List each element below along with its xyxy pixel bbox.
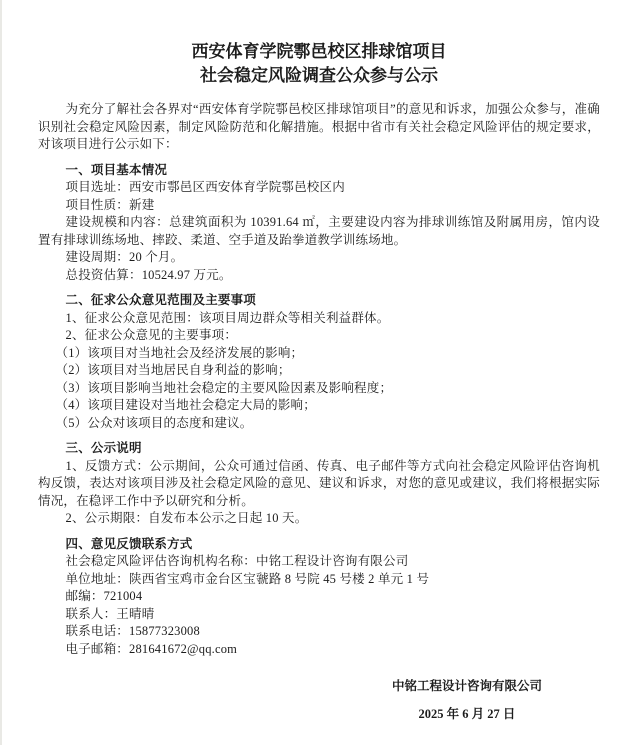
opinion-topic-item-2: （2）该项目对当地居民自身利益的影响； bbox=[38, 362, 600, 380]
opinion-scope-line: 1、征求公众意见范围：该项目周边群众等相关利益群体。 bbox=[38, 310, 600, 328]
signature-date: 2025 年 6 月 27 日 bbox=[392, 706, 542, 723]
public-notice-document: 西安体育学院鄠邑校区排球馆项目 社会稳定风险调查公众参与公示 为充分了解社会各界… bbox=[0, 0, 638, 745]
section-heading: 一、项目基本情况 bbox=[38, 162, 600, 180]
opinion-topic-item-3: （3）该项目影响当地社会稳定的主要风险因素及影响程度； bbox=[38, 380, 600, 398]
project-investment-line: 总投资估算：10524.97 万元。 bbox=[38, 267, 600, 285]
project-nature-line: 项目性质：新建 bbox=[38, 197, 600, 215]
agency-name-line: 社会稳定风险评估咨询机构名称：中铭工程设计咨询有限公司 bbox=[38, 553, 600, 571]
contact-person-line: 联系人：王晴晴 bbox=[38, 606, 600, 624]
notice-period-line: 2、公示期限：自发布本公示之日起 10 天。 bbox=[38, 510, 600, 528]
section-contact-info: 四、意见反馈联系方式 社会稳定风险评估咨询机构名称：中铭工程设计咨询有限公司 单… bbox=[38, 536, 600, 659]
opinion-topic-item-1: （1）该项目对当地社会及经济发展的影响； bbox=[38, 345, 600, 363]
opinion-topics-line: 2、征求公众意见的主要事项： bbox=[38, 327, 600, 345]
contact-email-line: 电子邮箱：281641672@qq.com bbox=[38, 641, 600, 659]
signature-block: 中铭工程设计咨询有限公司 2025 年 6 月 27 日 bbox=[392, 678, 542, 723]
opinion-topic-item-4: （4）该项目建设对当地社会稳定大局的影响； bbox=[38, 397, 600, 415]
project-scale-line: 建设规模和内容：总建筑面积为 10391.64 ㎡，主要建设内容为排球训练馆及附… bbox=[38, 214, 600, 249]
section-heading: 三、公示说明 bbox=[38, 440, 600, 458]
signature-organization: 中铭工程设计咨询有限公司 bbox=[392, 678, 542, 695]
section-opinion-scope: 二、征求公众意见范围及主要事项 1、征求公众意见范围：该项目周边群众等相关利益群… bbox=[38, 292, 600, 432]
document-title: 西安体育学院鄠邑校区排球馆项目 社会稳定风险调查公众参与公示 bbox=[38, 40, 600, 88]
contact-phone-line: 联系电话：15877323008 bbox=[38, 623, 600, 641]
section-heading: 四、意见反馈联系方式 bbox=[38, 536, 600, 554]
section-notice-instructions: 三、公示说明 1、反馈方式：公示期间，公众可通过信函、传真、电子邮件等方式向社会… bbox=[38, 440, 600, 528]
document-title-line-2: 社会稳定风险调查公众参与公示 bbox=[38, 64, 600, 88]
intro-block: 为充分了解社会各界对“西安体育学院鄠邑校区排球馆项目”的意见和诉求，加强公众参与… bbox=[38, 101, 600, 154]
document-body: 西安体育学院鄠邑校区排球馆项目 社会稳定风险调查公众参与公示 为充分了解社会各界… bbox=[2, 0, 638, 658]
agency-address-line: 单位地址：陕西省宝鸡市金台区宝虢路 8 号院 45 号楼 2 单元 1 号 bbox=[38, 571, 600, 589]
intro-paragraph: 为充分了解社会各界对“西安体育学院鄠邑校区排球馆项目”的意见和诉求，加强公众参与… bbox=[38, 101, 600, 154]
project-duration-line: 建设周期：20 个月。 bbox=[38, 249, 600, 267]
postal-code-line: 邮编：721004 bbox=[38, 588, 600, 606]
project-location-line: 项目选址：西安市鄠邑区西安体育学院鄠邑校区内 bbox=[38, 179, 600, 197]
document-title-line-1: 西安体育学院鄠邑校区排球馆项目 bbox=[38, 40, 600, 64]
opinion-topic-item-5: （5）公众对该项目的态度和建议。 bbox=[38, 415, 600, 433]
feedback-method-line: 1、反馈方式：公示期间，公众可通过信函、传真、电子邮件等方式向社会稳定风险评估咨… bbox=[38, 458, 600, 511]
section-heading: 二、征求公众意见范围及主要事项 bbox=[38, 292, 600, 310]
section-project-basic-info: 一、项目基本情况 项目选址：西安市鄠邑区西安体育学院鄠邑校区内 项目性质：新建 … bbox=[38, 162, 600, 285]
